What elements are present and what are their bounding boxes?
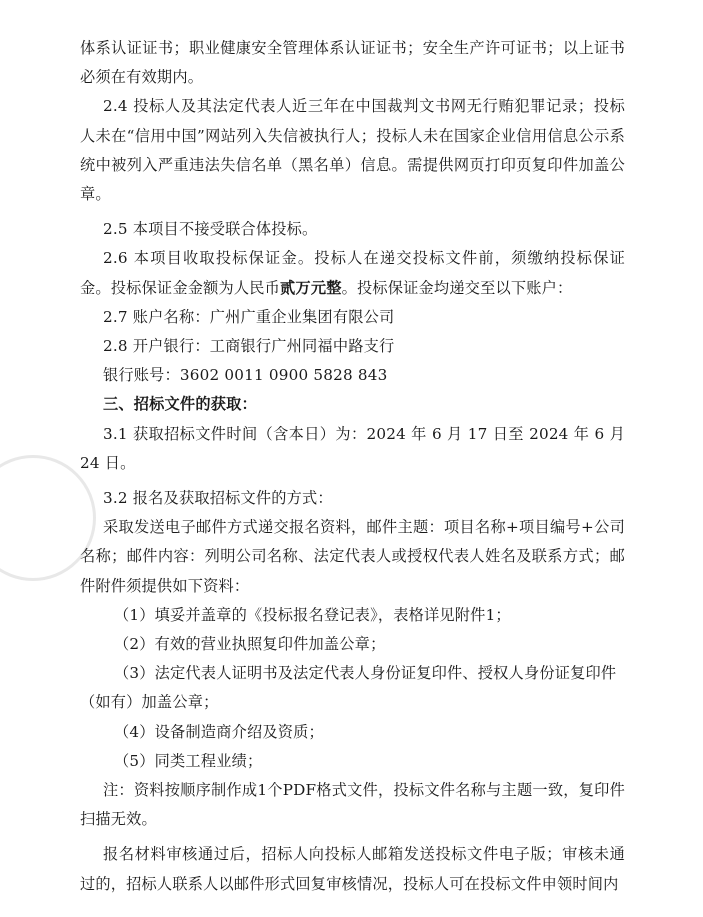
clause-2-6-tail: 。投标保证金均递交至以下账户： — [342, 279, 573, 297]
section-3-heading: 三、招标文件的获取： — [80, 390, 625, 419]
clause-2-5: 2.5 本项目不接受联合体投标。 — [80, 215, 625, 244]
note: 注：资料按顺序制作成1个PDF格式文件，投标文件名称与主题一致，复印件扫描无效。 — [80, 776, 625, 834]
list-item-4: （4）设备制造商介绍及资质； — [80, 718, 625, 747]
submission-method: 采取发送电子邮件方式递交报名资料，邮件主题：项目名称+项目编号+公司名称；邮件内… — [80, 513, 625, 601]
list-item-3: （3）法定代表人证明书及法定代表人身份证复印件、授权人身份证复印件 — [80, 659, 625, 688]
clause-3-1: 3.1 获取招标文件时间（含本日）为：2024 年 6 月 17 日至 2024… — [80, 420, 625, 478]
list-item-3-continued: （如有）加盖公章； — [80, 688, 625, 717]
list-item-5: （5）同类工程业绩； — [80, 747, 625, 776]
clause-2-8-bank: 2.8 开户银行：工商银行广州同福中路支行 — [80, 332, 625, 361]
clause-2-4: 2.4 投标人及其法定代表人近三年在中国裁判文书网无行贿犯罪记录；投标人未在“信… — [80, 92, 625, 209]
list-item-1: （1）填妥并盖章的《投标报名登记表》，表格详见附件1； — [80, 601, 625, 630]
list-item-2: （2）有效的营业执照复印件加盖公章； — [80, 630, 625, 659]
clause-2-6: 2.6 本项目收取投标保证金。投标人在递交投标文件前，须缴纳投标保证金。投标保证… — [80, 244, 625, 302]
clause-2-7-account-name: 2.7 账户名称：广州广重企业集团有限公司 — [80, 303, 625, 332]
certificate-requirement: 体系认证证书；职业健康安全管理体系认证证书；安全生产许可证书；以上证书必须在有效… — [80, 34, 625, 92]
deposit-amount: 贰万元整 — [280, 279, 342, 297]
document-page: 体系认证证书；职业健康安全管理体系认证证书；安全生产许可证书；以上证书必须在有效… — [80, 34, 625, 899]
clause-3-2: 3.2 报名及获取招标文件的方式： — [80, 484, 625, 513]
bank-account-number: 银行账号：3602 0011 0900 5828 843 — [80, 361, 625, 390]
review-paragraph: 报名材料审核通过后，招标人向投标人邮箱发送投标文件电子版；审核未通过的，招标人联… — [80, 840, 625, 898]
